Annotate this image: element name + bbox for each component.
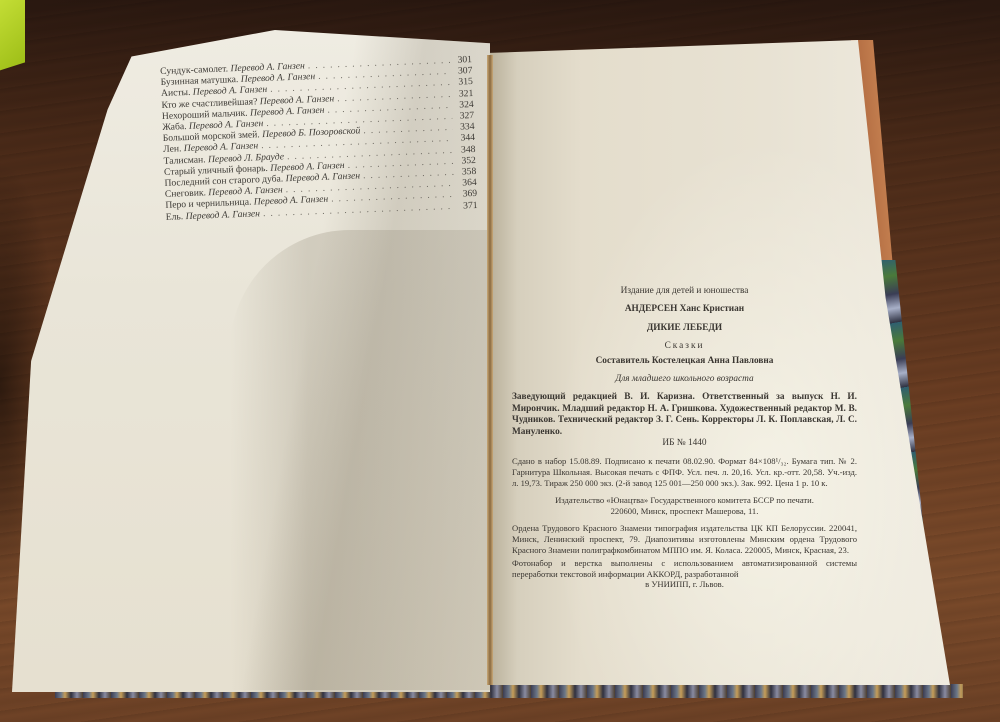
publisher: Издательство «Юнацтва» Государственного …: [512, 495, 857, 506]
typesetting: Фотонабор и верстка выполнены с использо…: [512, 558, 857, 579]
typesetting-place: в УНИИПП, г. Львов.: [512, 579, 857, 590]
author: АНДЕРСЕН Ханс Кристиан: [512, 304, 857, 315]
edition-note: Издание для детей и юношества: [512, 286, 857, 297]
left-page-shadow: [230, 230, 490, 690]
imprint-block: Издание для детей и юношества АНДЕРСЕН Х…: [512, 286, 857, 590]
publisher-address: 220600, Минск, проспект Машерова, 11.: [512, 506, 857, 517]
compiler: Составитель Костелецкая Анна Павловна: [512, 356, 857, 367]
audience: Для младшего школьного возраста: [512, 374, 857, 385]
book-gutter: [487, 55, 493, 685]
table-of-contents: Сундук-самолет. Перевод А. Ганзен.......…: [160, 54, 478, 223]
printer: Ордена Трудового Красного Знамени типогр…: [512, 523, 857, 555]
book-title: ДИКИЕ ЛЕБЕДИ: [512, 323, 857, 334]
genre: Сказки: [512, 341, 857, 352]
ib-number: ИБ № 1440: [512, 438, 857, 449]
green-sticky-note: [0, 0, 25, 74]
print-details: Сдано в набор 15.08.89. Подписано к печа…: [512, 456, 857, 488]
editors: Заведующий редакцией В. И. Каризна. Отве…: [512, 392, 857, 438]
